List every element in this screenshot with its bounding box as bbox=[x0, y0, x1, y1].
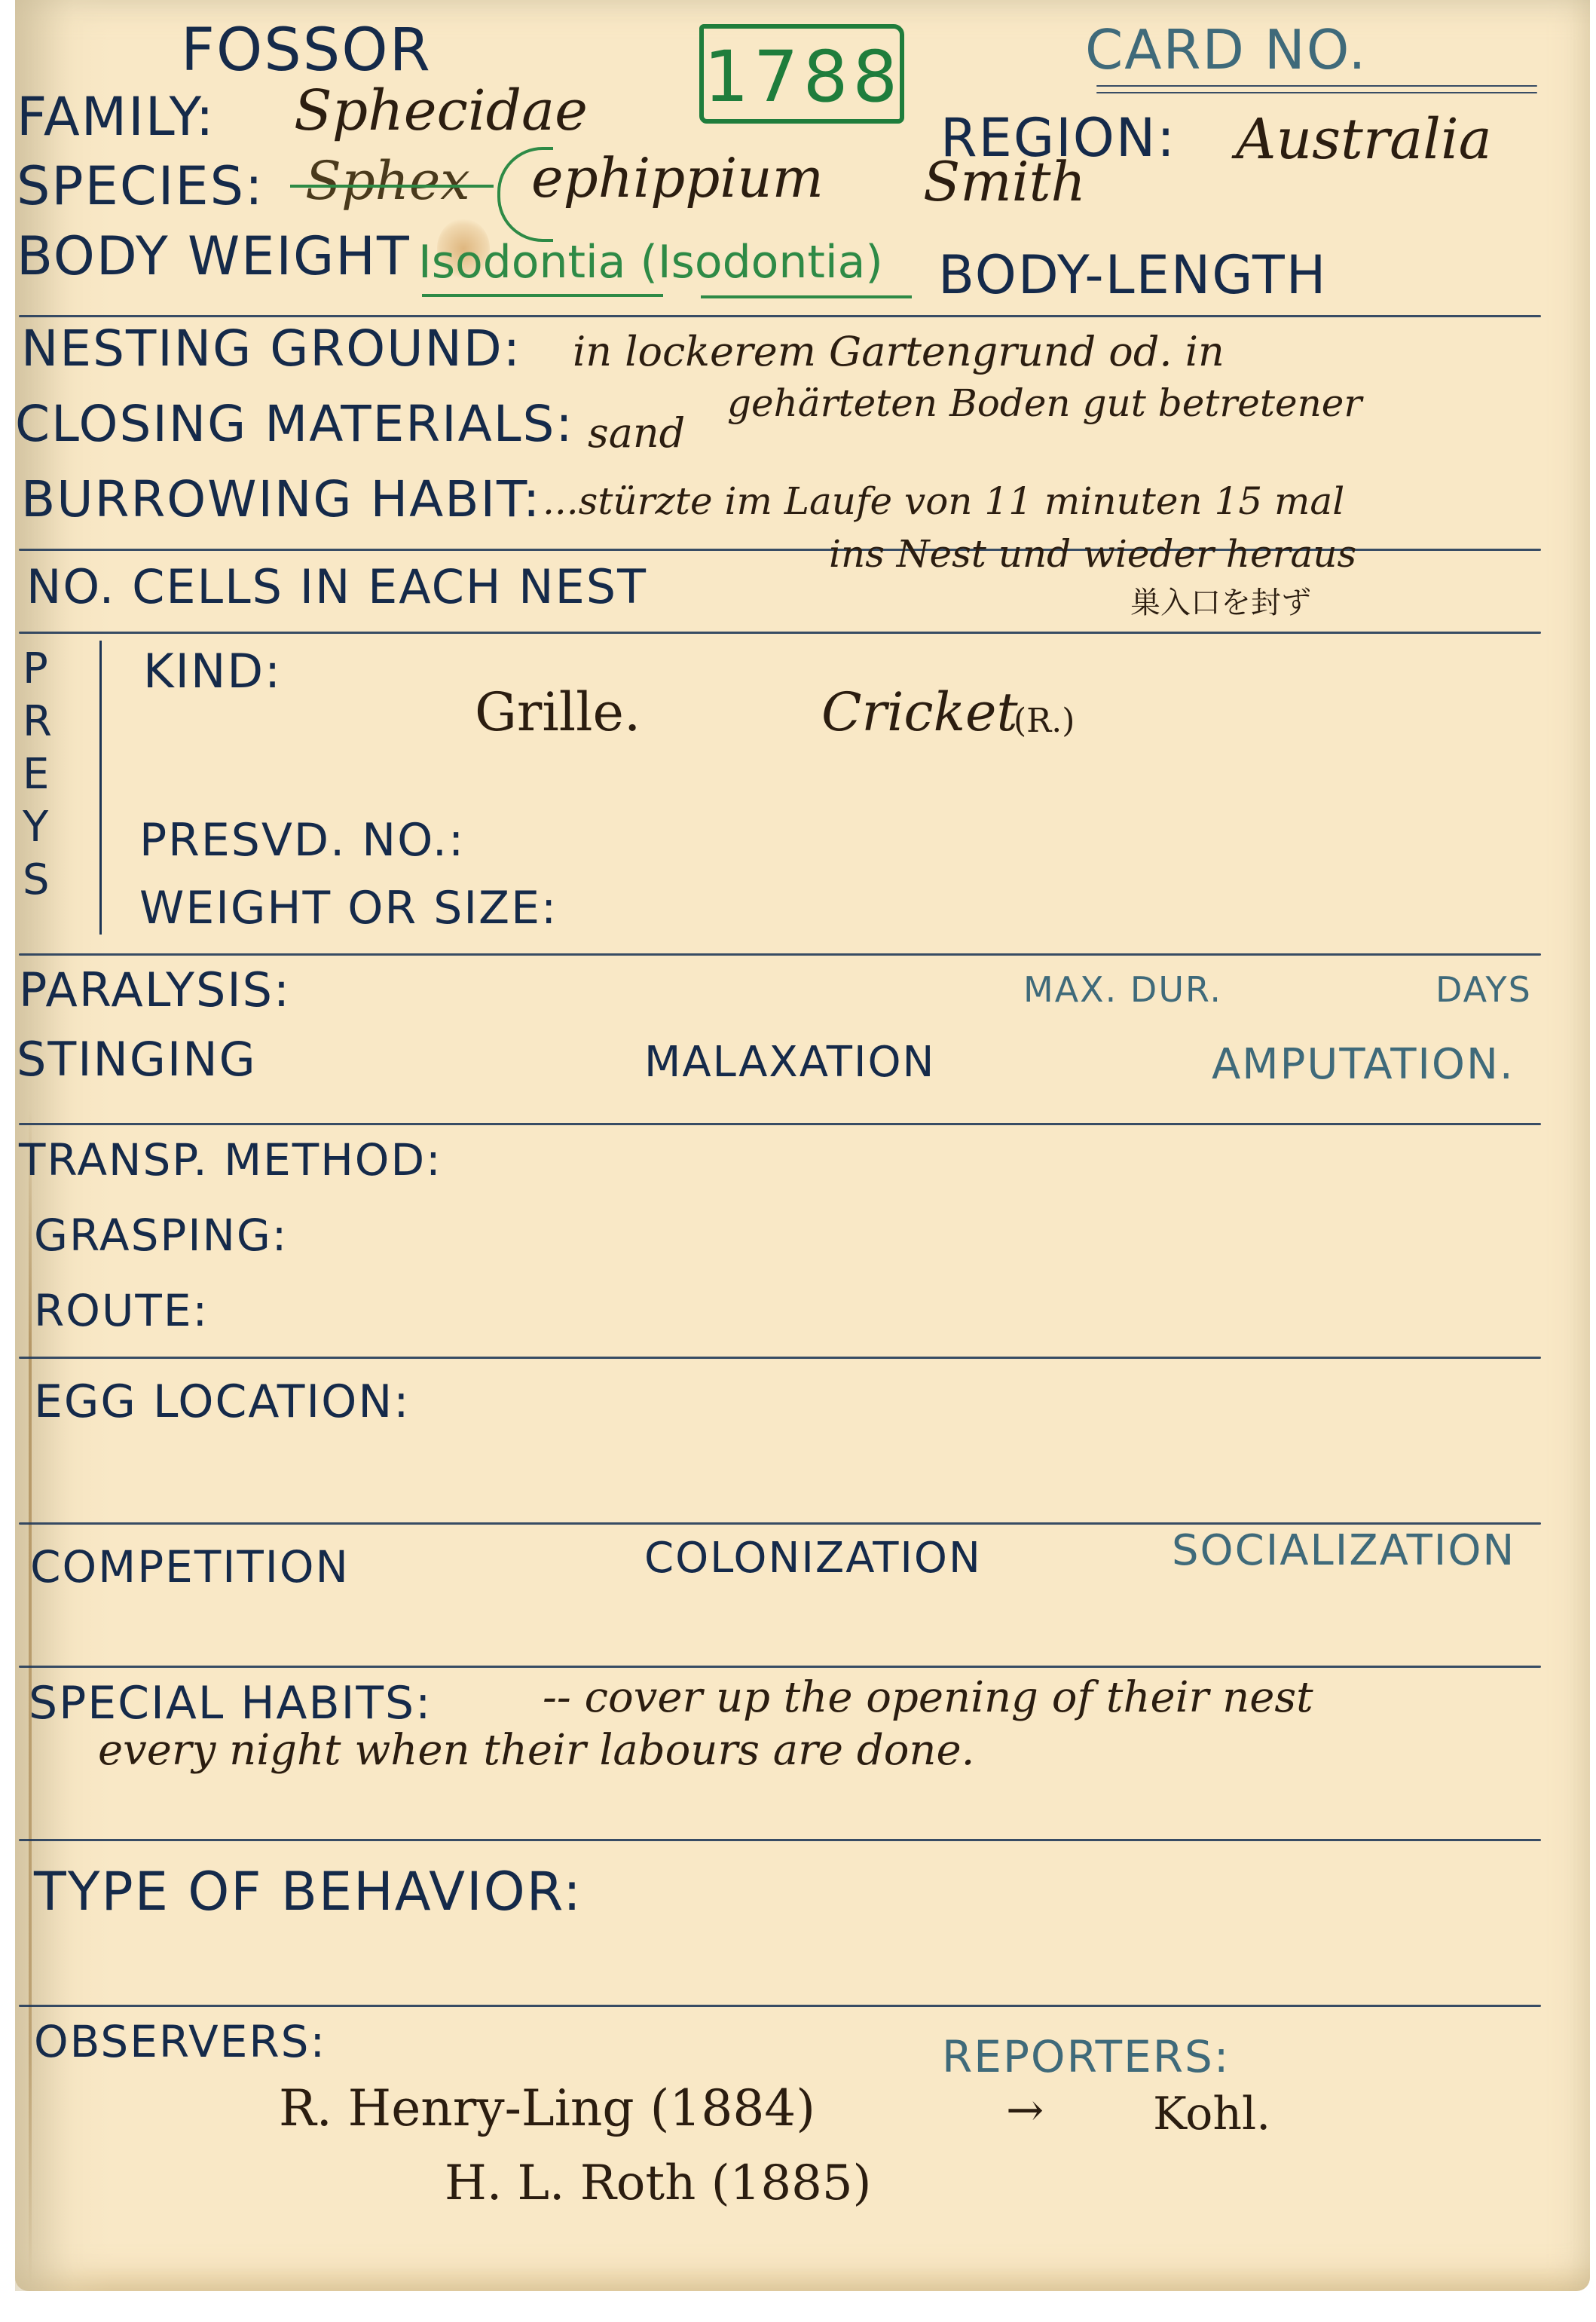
family-label: FAMILY: bbox=[17, 90, 216, 143]
preys-letter-s: S bbox=[23, 859, 51, 901]
strike-through-line bbox=[290, 185, 494, 188]
rule-3 bbox=[19, 632, 1541, 634]
card-no-rule-2 bbox=[1096, 92, 1537, 93]
arrow-icon: → bbox=[1006, 2088, 1044, 2133]
body-weight-label: BODY WEIGHT bbox=[17, 230, 411, 283]
rule-7 bbox=[19, 1522, 1541, 1525]
observers-label: OBSERVERS: bbox=[34, 2020, 326, 2063]
max-dur-label: MAX. DUR. bbox=[1023, 972, 1222, 1007]
competition-label: COMPETITION bbox=[30, 1545, 350, 1589]
route-label: ROUTE: bbox=[34, 1289, 209, 1332]
burrowing-habit-value-1: ...stürzte im Laufe von 11 minuten 15 ma… bbox=[543, 482, 1344, 520]
card-no-rule bbox=[1096, 85, 1537, 87]
family-value: Sphecidae bbox=[294, 83, 588, 139]
special-habits-label: SPECIAL HABITS: bbox=[29, 1681, 432, 1726]
stinging-label: STINGING bbox=[17, 1036, 257, 1083]
special-habits-value-2: every night when their labours are done. bbox=[98, 1730, 974, 1772]
body-length-label: BODY-LENGTH bbox=[938, 249, 1327, 301]
preys-letter-y: Y bbox=[23, 806, 50, 849]
amputation-label: AMPUTATION. bbox=[1212, 1044, 1515, 1086]
rule-10 bbox=[19, 2005, 1541, 2007]
rule-5 bbox=[19, 1123, 1541, 1125]
presvd-no-label: PRESVD. NO.: bbox=[139, 818, 465, 863]
card-number: 1788 bbox=[704, 36, 900, 118]
days-label: DAYS bbox=[1435, 972, 1532, 1007]
genus-underline bbox=[422, 294, 663, 297]
preys-divider bbox=[99, 641, 102, 935]
reporter-entry-1: Kohl. bbox=[1153, 2091, 1270, 2137]
subgenus-underline bbox=[701, 295, 912, 298]
colonization-label: COLONIZATION bbox=[644, 1537, 982, 1580]
prey-kind-label: KIND: bbox=[143, 648, 282, 695]
preys-letter-p: P bbox=[23, 648, 50, 690]
species-author: Smith bbox=[923, 154, 1086, 209]
burrowing-habit-label: BURROWING HABIT: bbox=[21, 475, 541, 525]
socialization-label: SOCIALIZATION bbox=[1172, 1530, 1515, 1572]
burrowing-habit-value-3: 巣入口を封ず bbox=[1130, 588, 1311, 618]
rule-6 bbox=[19, 1357, 1541, 1359]
species-value: ephippium bbox=[531, 151, 824, 205]
burrowing-habit-value-2: ins Nest und wieder heraus bbox=[829, 535, 1356, 573]
species-label: SPECIES: bbox=[17, 160, 264, 213]
region-value: Australia bbox=[1236, 112, 1492, 167]
preys-letter-r: R bbox=[23, 701, 54, 743]
reporters-label: REPORTERS: bbox=[942, 2035, 1230, 2079]
nesting-ground-label: NESTING GROUND: bbox=[21, 324, 521, 374]
rule-4 bbox=[19, 953, 1541, 956]
paralysis-label: PARALYSIS: bbox=[19, 967, 291, 1014]
nesting-ground-value-2: gehärteten Boden gut betretener bbox=[727, 384, 1362, 422]
card-no-label: CARD NO. bbox=[1085, 23, 1367, 77]
nesting-ground-value-1: in lockerem Gartengrund od. in bbox=[573, 332, 1225, 372]
type-of-behavior-label: TYPE OF BEHAVIOR: bbox=[34, 1865, 582, 1918]
card-number-box: 1788 bbox=[699, 24, 904, 124]
transp-method-label: TRANSP. METHOD: bbox=[19, 1138, 442, 1182]
observer-entry-2: H. L. Roth (1885) bbox=[445, 2159, 872, 2207]
prey-kind-value-1: Grille. bbox=[475, 686, 641, 739]
rule-9 bbox=[19, 1839, 1541, 1841]
egg-location-label: EGG LOCATION: bbox=[34, 1379, 410, 1424]
species-struck-genus: Sphex bbox=[305, 154, 470, 207]
prey-kind-note: (R.) bbox=[1014, 705, 1075, 738]
grasping-label: GRASPING: bbox=[34, 1213, 288, 1257]
closing-materials-label: CLOSING MATERIALS: bbox=[15, 399, 574, 449]
prey-kind-value-2: Cricket bbox=[821, 686, 1018, 739]
revised-genus: Isodontia (Isodontia) bbox=[418, 240, 883, 285]
no-cells-label: NO. CELLS IN EACH NEST bbox=[26, 564, 647, 610]
weight-or-size-label: WEIGHT OR SIZE: bbox=[139, 886, 558, 931]
malaxation-label: MALAXATION bbox=[644, 1042, 935, 1084]
rule-1 bbox=[19, 315, 1541, 317]
special-habits-value-1: -- cover up the opening of their nest bbox=[543, 1677, 1313, 1719]
closing-materials-value: sand bbox=[588, 413, 685, 454]
preys-letter-e: E bbox=[23, 754, 50, 796]
rule-8 bbox=[19, 1666, 1541, 1668]
observer-entry-1: R. Henry-Ling (1884) bbox=[279, 2084, 815, 2134]
category-label: FOSSOR bbox=[181, 21, 432, 80]
